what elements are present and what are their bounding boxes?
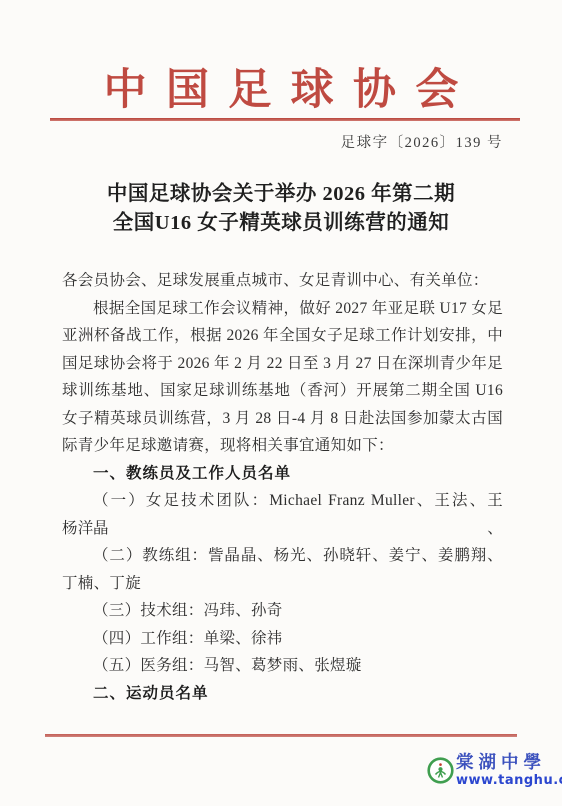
site-watermark: 棠湖中學 www.tanghu.cn (427, 752, 562, 788)
document-line: 球训练基地、国家足球训练基地（香河）开展第二期全国 U16 (62, 377, 503, 405)
document-line: 二、运动员名单 (62, 680, 503, 708)
document-line: 一、教练员及工作人员名单 (62, 460, 503, 488)
scanned-document-page: 中国足球协会 足球字〔2026〕139 号 中国足球协会关于举办 2026 年第… (0, 0, 562, 806)
document-line: 国足球协会将于 2026 年 2 月 22 日至 3 月 27 日在深圳青少年足 (62, 350, 503, 378)
document-line: 丁楠、丁旋 (62, 570, 503, 598)
document-body: 各会员协会、足球发展重点城市、女足青训中心、有关单位： 根据全国足球工作会议精神… (62, 267, 503, 707)
org-name-heading: 中国足球协会 (0, 56, 562, 117)
document-title-line-2: 全国U16 女子精英球员训练营的通知 (0, 209, 562, 238)
document-line: （三）技术组：冯玮、孙奇 (62, 597, 503, 625)
document-line: 根据全国足球工作会议精神，做好 2027 年亚足联 U17 女足 (62, 295, 503, 323)
document-line: 亚洲杯备战工作，根据 2026 年全国女子足球工作计划安排，中 (62, 322, 503, 350)
document-line: 女子精英球员训练营，3 月 28 日-4 月 8 日赴法国参加蒙太古国 (62, 405, 503, 433)
document-line: （五）医务组：马智、葛梦雨、张煜璇 (62, 652, 503, 680)
letterhead-red-rule (50, 118, 520, 121)
document-line: （四）工作组：单梁、徐祎 (62, 625, 503, 653)
document-line: （二）教练组：訾晶晶、杨光、孙晓轩、姜宁、姜鹏翔、 (62, 542, 503, 570)
document-line: 际青少年足球邀请赛，现将相关事宜通知如下： (62, 432, 503, 460)
school-name: 棠湖中學 (456, 752, 562, 773)
document-title-line-1: 中国足球协会关于举办 2026 年第二期 (0, 180, 562, 209)
school-website: www.tanghu.cn (456, 773, 562, 788)
document-title: 中国足球协会关于举办 2026 年第二期 全国U16 女子精英球员训练营的通知 (0, 180, 562, 238)
document-number: 足球字〔2026〕139 号 (341, 131, 503, 152)
footer-red-rule (45, 734, 517, 737)
document-line: （一）女足技术团队：Michael Franz Muller、王法、王晶、 (62, 487, 503, 515)
school-emblem-icon (427, 757, 454, 784)
document-line: 各会员协会、足球发展重点城市、女足青训中心、有关单位： (62, 267, 503, 295)
site-watermark-text: 棠湖中學 www.tanghu.cn (456, 752, 562, 788)
